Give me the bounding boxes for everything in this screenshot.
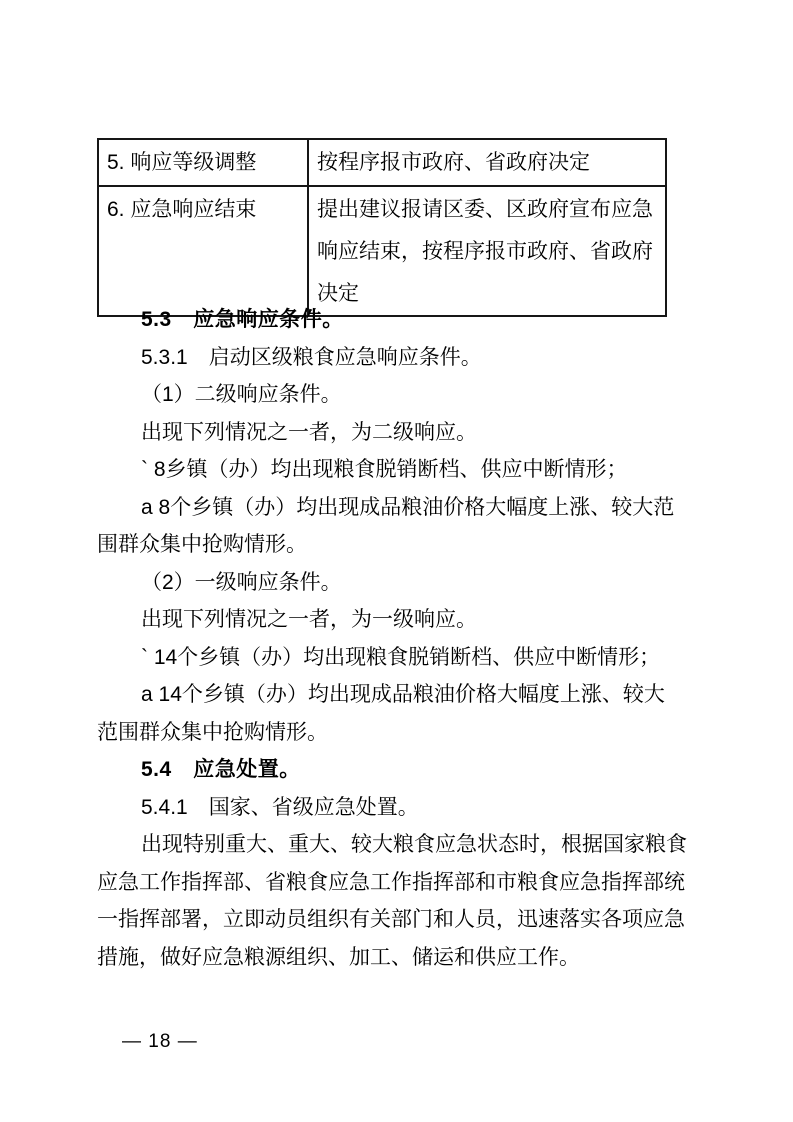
section-heading: 5.4 应急处置。	[97, 751, 701, 789]
body-line: 围群众集中抢购情形。	[97, 526, 701, 564]
body-line: a 14个乡镇（办）均出现成品粮油价格大幅度上涨、较大	[97, 676, 701, 714]
document-body: 5.3 应急响应条件。5.3.1 启动区级粮食应急响应条件。（1）二级响应条件。…	[97, 301, 701, 976]
table-procedure-line: 按程序报市政府、省政府决定	[317, 142, 657, 184]
table-cell-step: 5. 响应等级调整	[98, 139, 308, 186]
response-procedure-table: 5. 响应等级调整按程序报市政府、省政府决定6. 应急响应结束提出建议报请区委、…	[97, 138, 667, 317]
body-line: 范围群众集中抢购情形。	[97, 714, 701, 752]
table-procedure-line: 提出建议报请区委、区政府宣布应急	[317, 189, 657, 231]
table-row: 6. 应急响应结束提出建议报请区委、区政府宣布应急响应结束，按程序报市政府、省政…	[98, 186, 666, 316]
table-step-label: 6. 应急响应结束	[107, 189, 299, 231]
table-cell-procedure: 提出建议报请区委、区政府宣布应急响应结束，按程序报市政府、省政府决定	[308, 186, 666, 316]
body-line: （2）一级响应条件。	[97, 564, 701, 602]
table-cell-step: 6. 应急响应结束	[98, 186, 308, 316]
body-line: 出现下列情况之一者，为二级响应。	[97, 414, 701, 452]
table-procedure-line: 响应结束，按程序报市政府、省政府	[317, 231, 657, 273]
body-line: 措施，做好应急粮源组织、加工、储运和供应工作。	[97, 939, 701, 977]
body-line: （1）二级响应条件。	[97, 376, 701, 414]
body-line: ` 8乡镇（办）均出现粮食脱销断档、供应中断情形；	[97, 451, 701, 489]
body-line: 应急工作指挥部、省粮食应急工作指挥部和市粮食应急指挥部统	[97, 864, 701, 902]
page-number: — 18 —	[122, 1031, 198, 1053]
body-line: ` 14个乡镇（办）均出现粮食脱销断档、供应中断情形；	[97, 639, 701, 677]
body-line: 出现下列情况之一者，为一级响应。	[97, 601, 701, 639]
body-line: 出现特别重大、重大、较大粮食应急状态时，根据国家粮食	[97, 826, 701, 864]
table-step-label: 5. 响应等级调整	[107, 142, 299, 184]
body-line: 5.4.1 国家、省级应急处置。	[97, 789, 701, 827]
body-line: a 8个乡镇（办）均出现成品粮油价格大幅度上涨、较大范	[97, 489, 701, 527]
body-line: 一指挥部署，立即动员组织有关部门和人员，迅速落实各项应急	[97, 901, 701, 939]
section-heading: 5.3 应急响应条件。	[97, 301, 701, 339]
table-row: 5. 响应等级调整按程序报市政府、省政府决定	[98, 139, 666, 186]
body-line: 5.3.1 启动区级粮食应急响应条件。	[97, 339, 701, 377]
table-cell-procedure: 按程序报市政府、省政府决定	[308, 139, 666, 186]
document-page: 5. 响应等级调整按程序报市政府、省政府决定6. 应急响应结束提出建议报请区委、…	[0, 0, 793, 1122]
